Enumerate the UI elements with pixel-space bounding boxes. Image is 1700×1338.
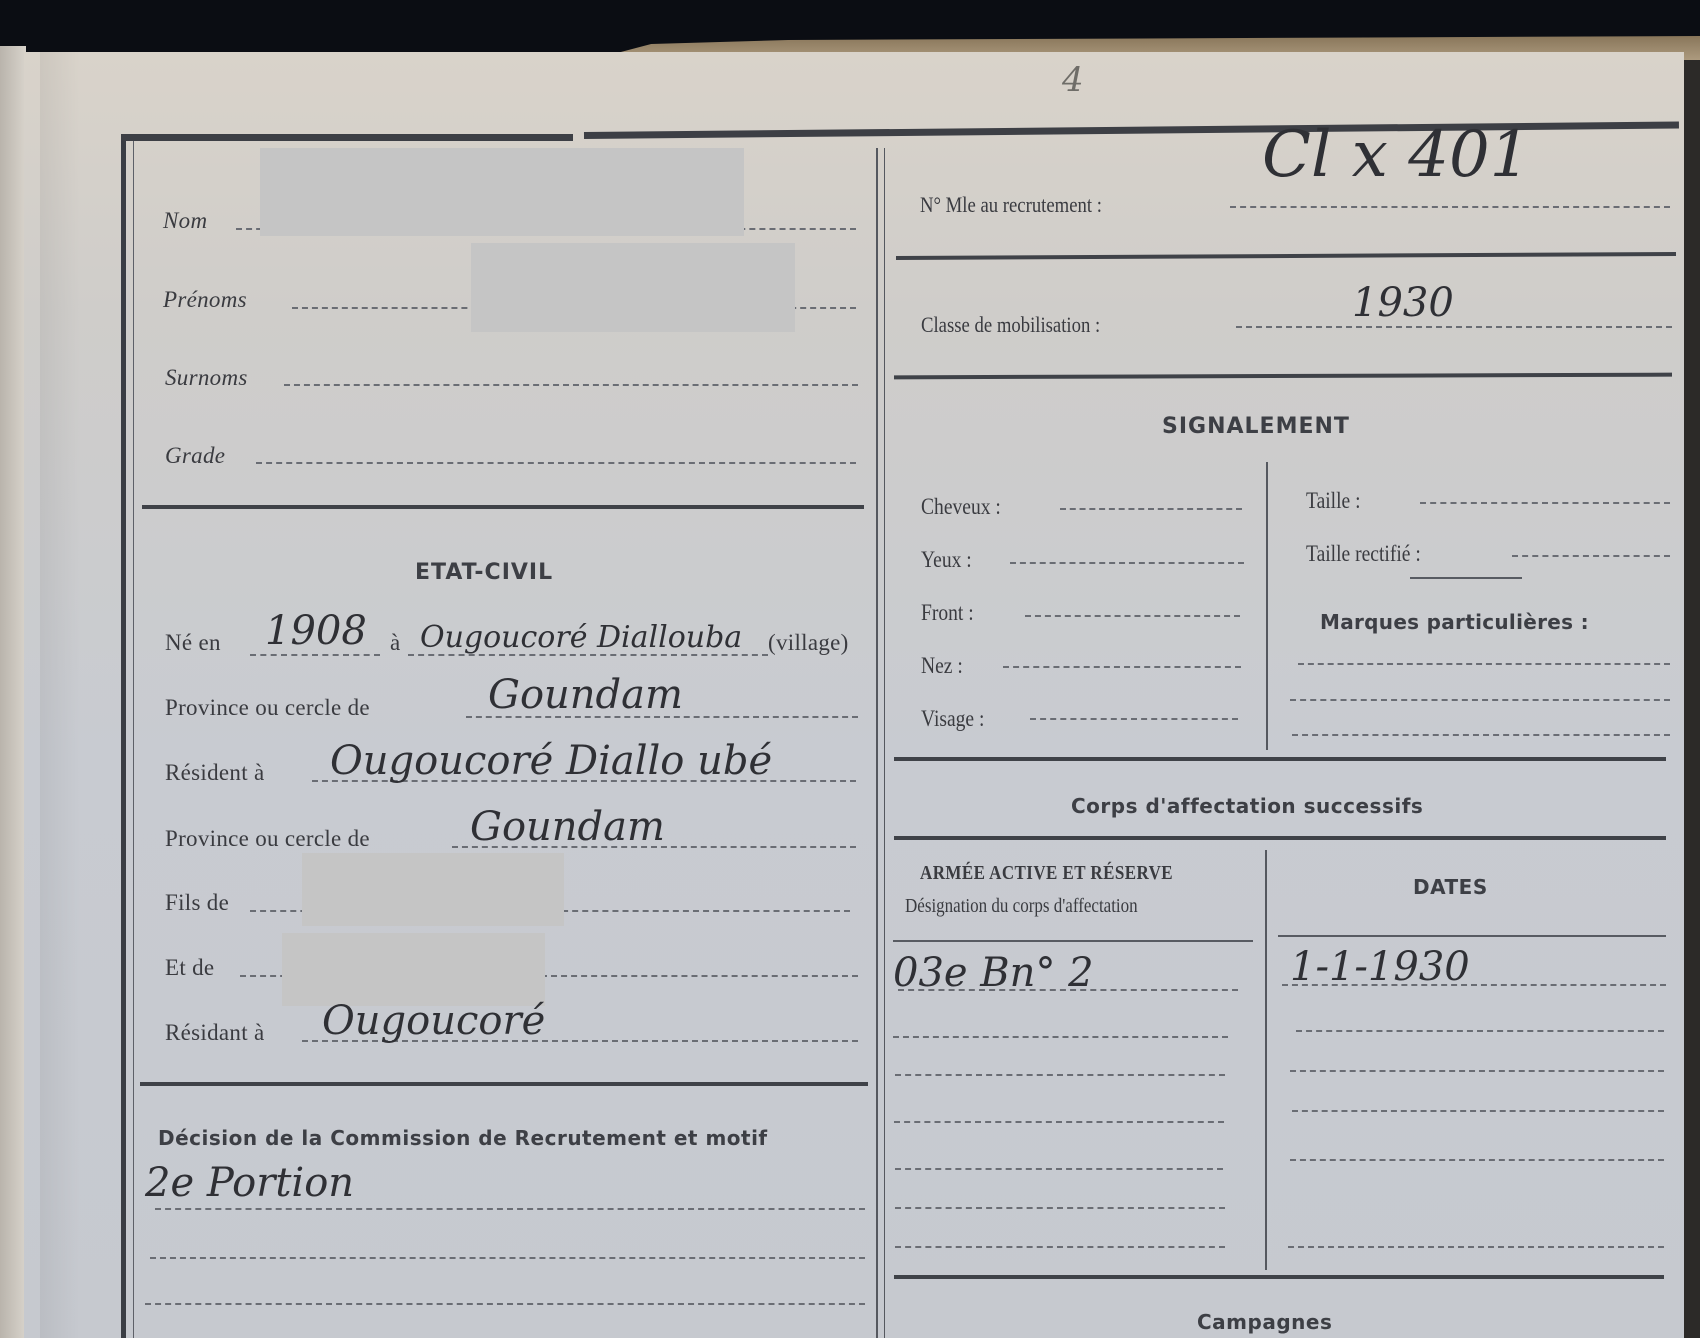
frame-left-inner bbox=[133, 140, 134, 1338]
corps-col1-rule bbox=[893, 940, 1253, 942]
corps-line-5 bbox=[895, 1168, 1223, 1170]
signalement-divider bbox=[1266, 462, 1268, 750]
decision-line-3 bbox=[145, 1303, 865, 1305]
et-de-label: Et de bbox=[165, 955, 214, 981]
province2-label: Province ou cercle de bbox=[165, 826, 370, 852]
taille-rectifie-label: Taille rectifié : bbox=[1306, 541, 1421, 567]
decision-value: 2e Portion bbox=[145, 1160, 354, 1206]
dates-heading: DATES bbox=[1413, 875, 1488, 899]
birthplace-value: Ougoucoré Diallouba bbox=[420, 620, 742, 655]
etat-civil-heading: ETAT-CIVIL bbox=[415, 560, 553, 585]
redacted-father bbox=[302, 853, 564, 926]
village-label: (village) bbox=[768, 630, 849, 656]
etat-civil-bottom-rule bbox=[140, 1082, 868, 1086]
ne-en-line bbox=[250, 654, 380, 656]
ne-en-label: Né en bbox=[165, 630, 221, 656]
corps-col2-rule bbox=[1278, 935, 1666, 937]
corps-line-2 bbox=[893, 1036, 1228, 1038]
residant-label: Résidant à bbox=[165, 1020, 264, 1046]
corps-bottom-rule bbox=[894, 1275, 1664, 1279]
marques-line-1 bbox=[1298, 663, 1670, 665]
matricule-label: N° Mle au recrutement : bbox=[920, 192, 1102, 218]
pencil-mark: 4 bbox=[1062, 60, 1084, 100]
visage-label: Visage : bbox=[921, 706, 984, 732]
corps-heading-rule bbox=[894, 836, 1666, 840]
corps-line-1 bbox=[898, 989, 1238, 991]
corps-line-7 bbox=[895, 1246, 1225, 1248]
corps-heading: Corps d'affectation successifs bbox=[1071, 794, 1423, 818]
residant-value: Ougoucoré bbox=[322, 998, 545, 1044]
grade-line bbox=[256, 462, 856, 464]
marques-line-2 bbox=[1290, 699, 1670, 701]
resident-label: Résident à bbox=[165, 760, 264, 786]
date-line-1 bbox=[1282, 984, 1666, 986]
center-divider bbox=[876, 148, 878, 1338]
decision-heading: Décision de la Commission de Recrutement… bbox=[158, 1126, 768, 1150]
identity-bottom-rule bbox=[142, 505, 864, 509]
book-right-edge bbox=[1684, 60, 1700, 1338]
yeux-line bbox=[1010, 562, 1244, 564]
date-line-2 bbox=[1296, 1030, 1664, 1032]
decision-line-1 bbox=[155, 1208, 865, 1210]
corps-divider bbox=[1265, 850, 1267, 1270]
date-line-5 bbox=[1290, 1159, 1664, 1161]
date-line-4 bbox=[1292, 1110, 1664, 1112]
marques-label: Marques particulières : bbox=[1320, 610, 1589, 634]
signalement-heading: SIGNALEMENT bbox=[1162, 414, 1350, 439]
grade-label: Grade bbox=[165, 443, 225, 469]
armee-active-title: ARMÉE ACTIVE ET RÉSERVE bbox=[920, 862, 1173, 885]
redacted-mother bbox=[282, 933, 545, 1006]
date-line-3 bbox=[1290, 1070, 1664, 1072]
redacted-prenoms bbox=[471, 243, 795, 332]
center-divider-inner bbox=[884, 148, 885, 1338]
matricule-value: Cl x 401 bbox=[1262, 118, 1530, 192]
corps-line-4 bbox=[894, 1121, 1224, 1123]
redacted-nom bbox=[260, 148, 744, 236]
province1-value: Goundam bbox=[488, 672, 683, 718]
birth-year-value: 1908 bbox=[265, 608, 367, 654]
cheveux-label: Cheveux : bbox=[921, 494, 1001, 520]
front-line bbox=[1025, 615, 1240, 617]
province2-value: Goundam bbox=[470, 804, 665, 850]
campagnes-heading: Campagnes bbox=[1197, 1310, 1332, 1334]
surnoms-line bbox=[284, 384, 858, 386]
taille-line bbox=[1420, 502, 1670, 504]
marques-line-3 bbox=[1292, 734, 1670, 736]
nom-label: Nom bbox=[163, 208, 207, 234]
frame-left-border bbox=[121, 134, 126, 1338]
top-rule-left bbox=[121, 134, 573, 141]
taille-rectifie-underline bbox=[1410, 577, 1522, 579]
nez-label: Nez : bbox=[921, 653, 963, 679]
cheveux-line bbox=[1060, 508, 1242, 510]
surnoms-label: Surnoms bbox=[165, 365, 248, 391]
decision-line-2 bbox=[150, 1257, 865, 1259]
fils-de-label: Fils de bbox=[165, 890, 229, 916]
a-label: à bbox=[390, 630, 401, 656]
nez-line bbox=[1003, 666, 1241, 668]
classe-label: Classe de mobilisation : bbox=[921, 312, 1100, 338]
classe-value: 1930 bbox=[1352, 280, 1454, 326]
front-label: Front : bbox=[921, 600, 974, 626]
date-line-6 bbox=[1288, 1246, 1664, 1248]
province1-label: Province ou cercle de bbox=[165, 695, 370, 721]
resident-value: Ougoucoré Diallo ubé bbox=[330, 738, 772, 784]
classe-line bbox=[1236, 326, 1672, 328]
visage-line bbox=[1030, 718, 1238, 720]
taille-label: Taille : bbox=[1306, 488, 1361, 514]
page-gutter bbox=[40, 52, 80, 1338]
corps-line-3 bbox=[895, 1074, 1225, 1076]
corps-line-6 bbox=[895, 1207, 1225, 1209]
signalement-bottom-rule bbox=[894, 757, 1666, 761]
book-spine bbox=[0, 46, 26, 1338]
designation-subtitle: Désignation du corps d'affectation bbox=[905, 895, 1138, 918]
matricule-line bbox=[1230, 206, 1670, 208]
yeux-label: Yeux : bbox=[921, 547, 972, 573]
prenoms-label: Prénoms bbox=[163, 287, 247, 313]
taille-rectifie-line bbox=[1512, 555, 1670, 557]
